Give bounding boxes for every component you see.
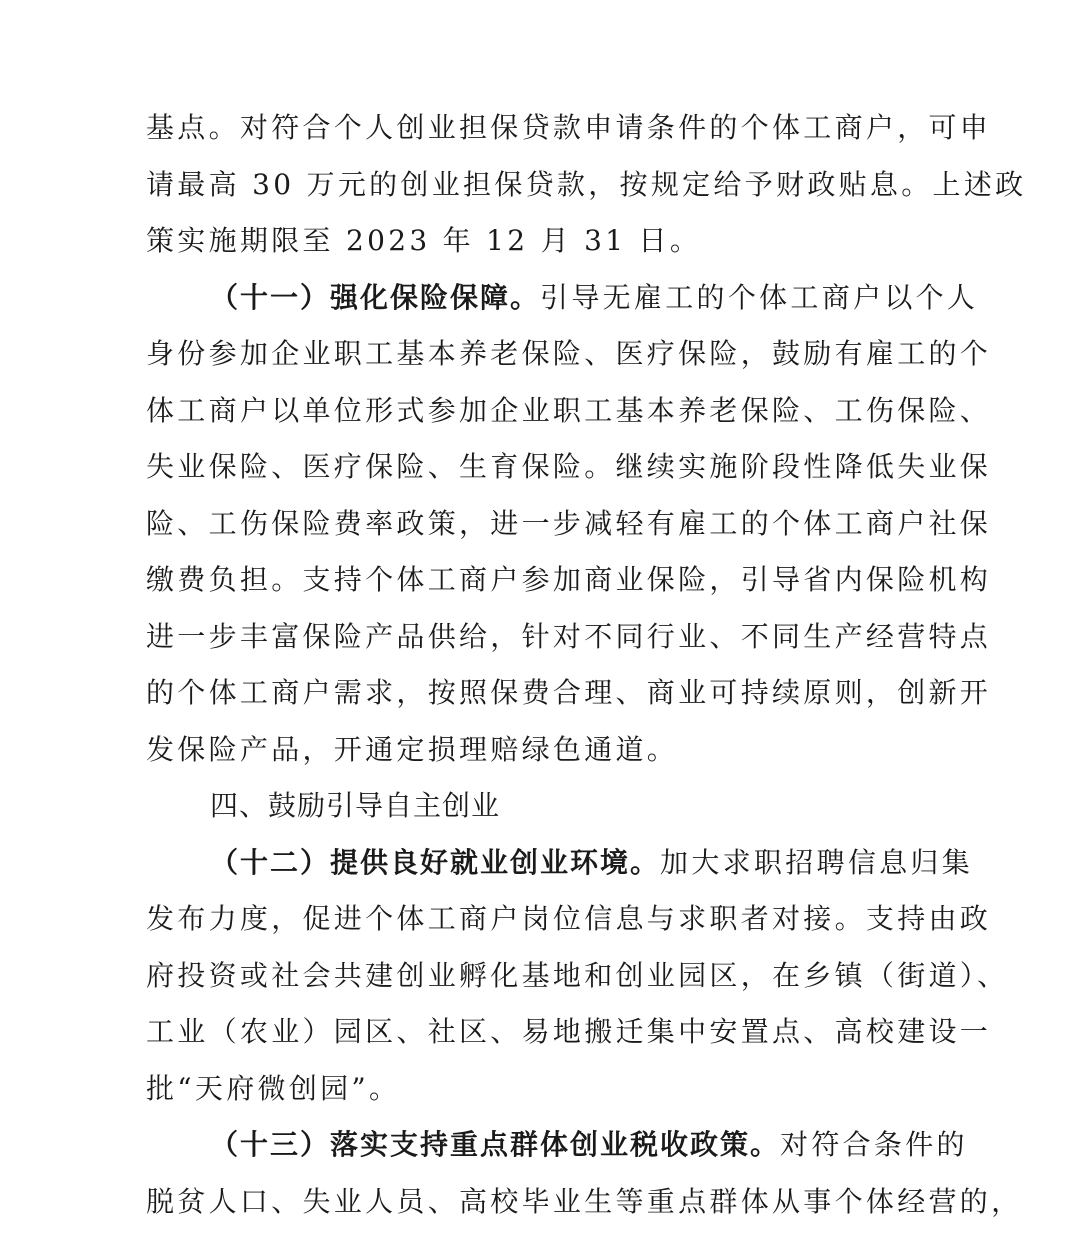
text-line: 缴费负担。支持个体工商户参加商业保险，引导省内保险机构	[146, 552, 934, 609]
text-line: 失业保险、医疗保险、生育保险。继续实施阶段性降低失业保	[146, 439, 934, 496]
clause-13-first-line: （十三）落实支持重点群体创业税收政策。对符合条件的	[146, 1117, 934, 1174]
document-page: 基点。对符合个人创业担保贷款申请条件的个体工商户，可申 请最高 30 万元的创业…	[0, 0, 1080, 1247]
clause-title: 强化保险保障。	[330, 281, 540, 314]
text-line: 发布力度，促进个体工商户岗位信息与求职者对接。支持由政	[146, 891, 934, 948]
clause-number: （十二）	[210, 846, 330, 879]
section-heading: 四、鼓励引导自主创业	[146, 778, 934, 835]
text-line: 进一步丰富保险产品供给，针对不同行业、不同生产经营特点	[146, 609, 934, 666]
text-line: 策实施期限至 2023 年 12 月 31 日。	[146, 213, 934, 270]
clause-text: 加大求职招聘信息归集	[660, 846, 973, 879]
text-line: 险、工伤保险费率政策，进一步减轻有雇工的个体工商户社保	[146, 496, 934, 553]
text-line: 批“天府微创园”。	[146, 1061, 934, 1118]
text-line: 府投资或社会共建创业孵化基地和创业园区，在乡镇（街道）、	[146, 948, 934, 1005]
clause-11-first-line: （十一）强化保险保障。引导无雇工的个体工商户以个人	[146, 270, 934, 327]
clause-text: 对符合条件的	[780, 1128, 968, 1161]
clause-number: （十三）	[210, 1128, 330, 1161]
text-line: 请最高 30 万元的创业担保贷款，按规定给予财政贴息。上述政	[146, 157, 934, 214]
clause-12-first-line: （十二）提供良好就业创业环境。加大求职招聘信息归集	[146, 835, 934, 892]
clause-title: 落实支持重点群体创业税收政策。	[330, 1128, 780, 1161]
text-line: 身份参加企业职工基本养老保险、医疗保险，鼓励有雇工的个	[146, 326, 934, 383]
text-line: 体工商户以单位形式参加企业职工基本养老保险、工伤保险、	[146, 383, 934, 440]
clause-text: 引导无雇工的个体工商户以个人	[540, 281, 978, 314]
document-body: 基点。对符合个人创业担保贷款申请条件的个体工商户，可申 请最高 30 万元的创业…	[146, 100, 936, 1230]
text-line: 的个体工商户需求，按照保费合理、商业可持续原则，创新开	[146, 665, 934, 722]
text-line: 脱贫人口、失业人员、高校毕业生等重点群体从事个体经营的，	[146, 1174, 934, 1231]
clause-title: 提供良好就业创业环境。	[330, 846, 660, 879]
text-line: 基点。对符合个人创业担保贷款申请条件的个体工商户，可申	[146, 100, 934, 157]
text-line: 发保险产品，开通定损理赔绿色通道。	[146, 722, 934, 779]
clause-number: （十一）	[210, 281, 330, 314]
text-line: 工业（农业）园区、社区、易地搬迁集中安置点、高校建设一	[146, 1004, 934, 1061]
